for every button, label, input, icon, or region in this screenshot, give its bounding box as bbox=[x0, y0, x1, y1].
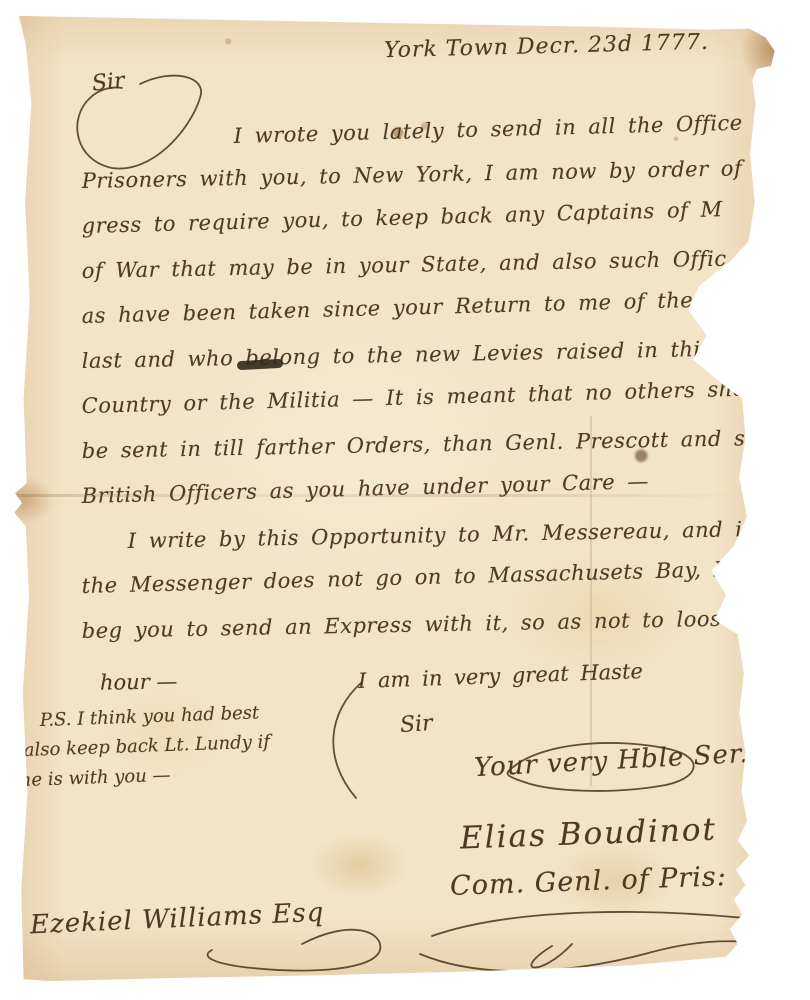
postscript: P.S. I think you had bestalso keep back … bbox=[20, 710, 270, 800]
closing-sir: Sir bbox=[399, 711, 433, 738]
signature-title: Com. Genl. of Pris: bbox=[450, 861, 728, 902]
fold-crease-horizontal bbox=[12, 494, 784, 497]
addressee-flourish bbox=[208, 930, 381, 971]
signature-flourish-1 bbox=[432, 912, 780, 936]
salutation: Sir bbox=[91, 68, 126, 96]
addressee: Ezekiel Williams Esq bbox=[29, 898, 324, 941]
haste-line: I am in very great Haste bbox=[358, 659, 644, 693]
letter-body: I wrote you lately to send in all the Of… bbox=[82, 124, 782, 664]
signature-flourish-2 bbox=[420, 941, 780, 971]
signature-elias-boudinot: Elias Boudinot bbox=[459, 812, 717, 857]
closing-paren-flourish bbox=[333, 682, 362, 798]
letter-scan: York Town Decr. 23d 1777. Sir I wrote yo… bbox=[0, 0, 810, 1000]
dateline: York Town Decr. 23d 1777. bbox=[384, 30, 710, 63]
fold-crease-vertical bbox=[590, 416, 592, 786]
valediction: Your very Hble Ser. bbox=[473, 739, 749, 783]
letter-paper: York Town Decr. 23d 1777. Sir I wrote yo… bbox=[12, 6, 784, 988]
hour-line: hour — bbox=[100, 669, 178, 694]
signature-flourish-3 bbox=[531, 944, 572, 968]
